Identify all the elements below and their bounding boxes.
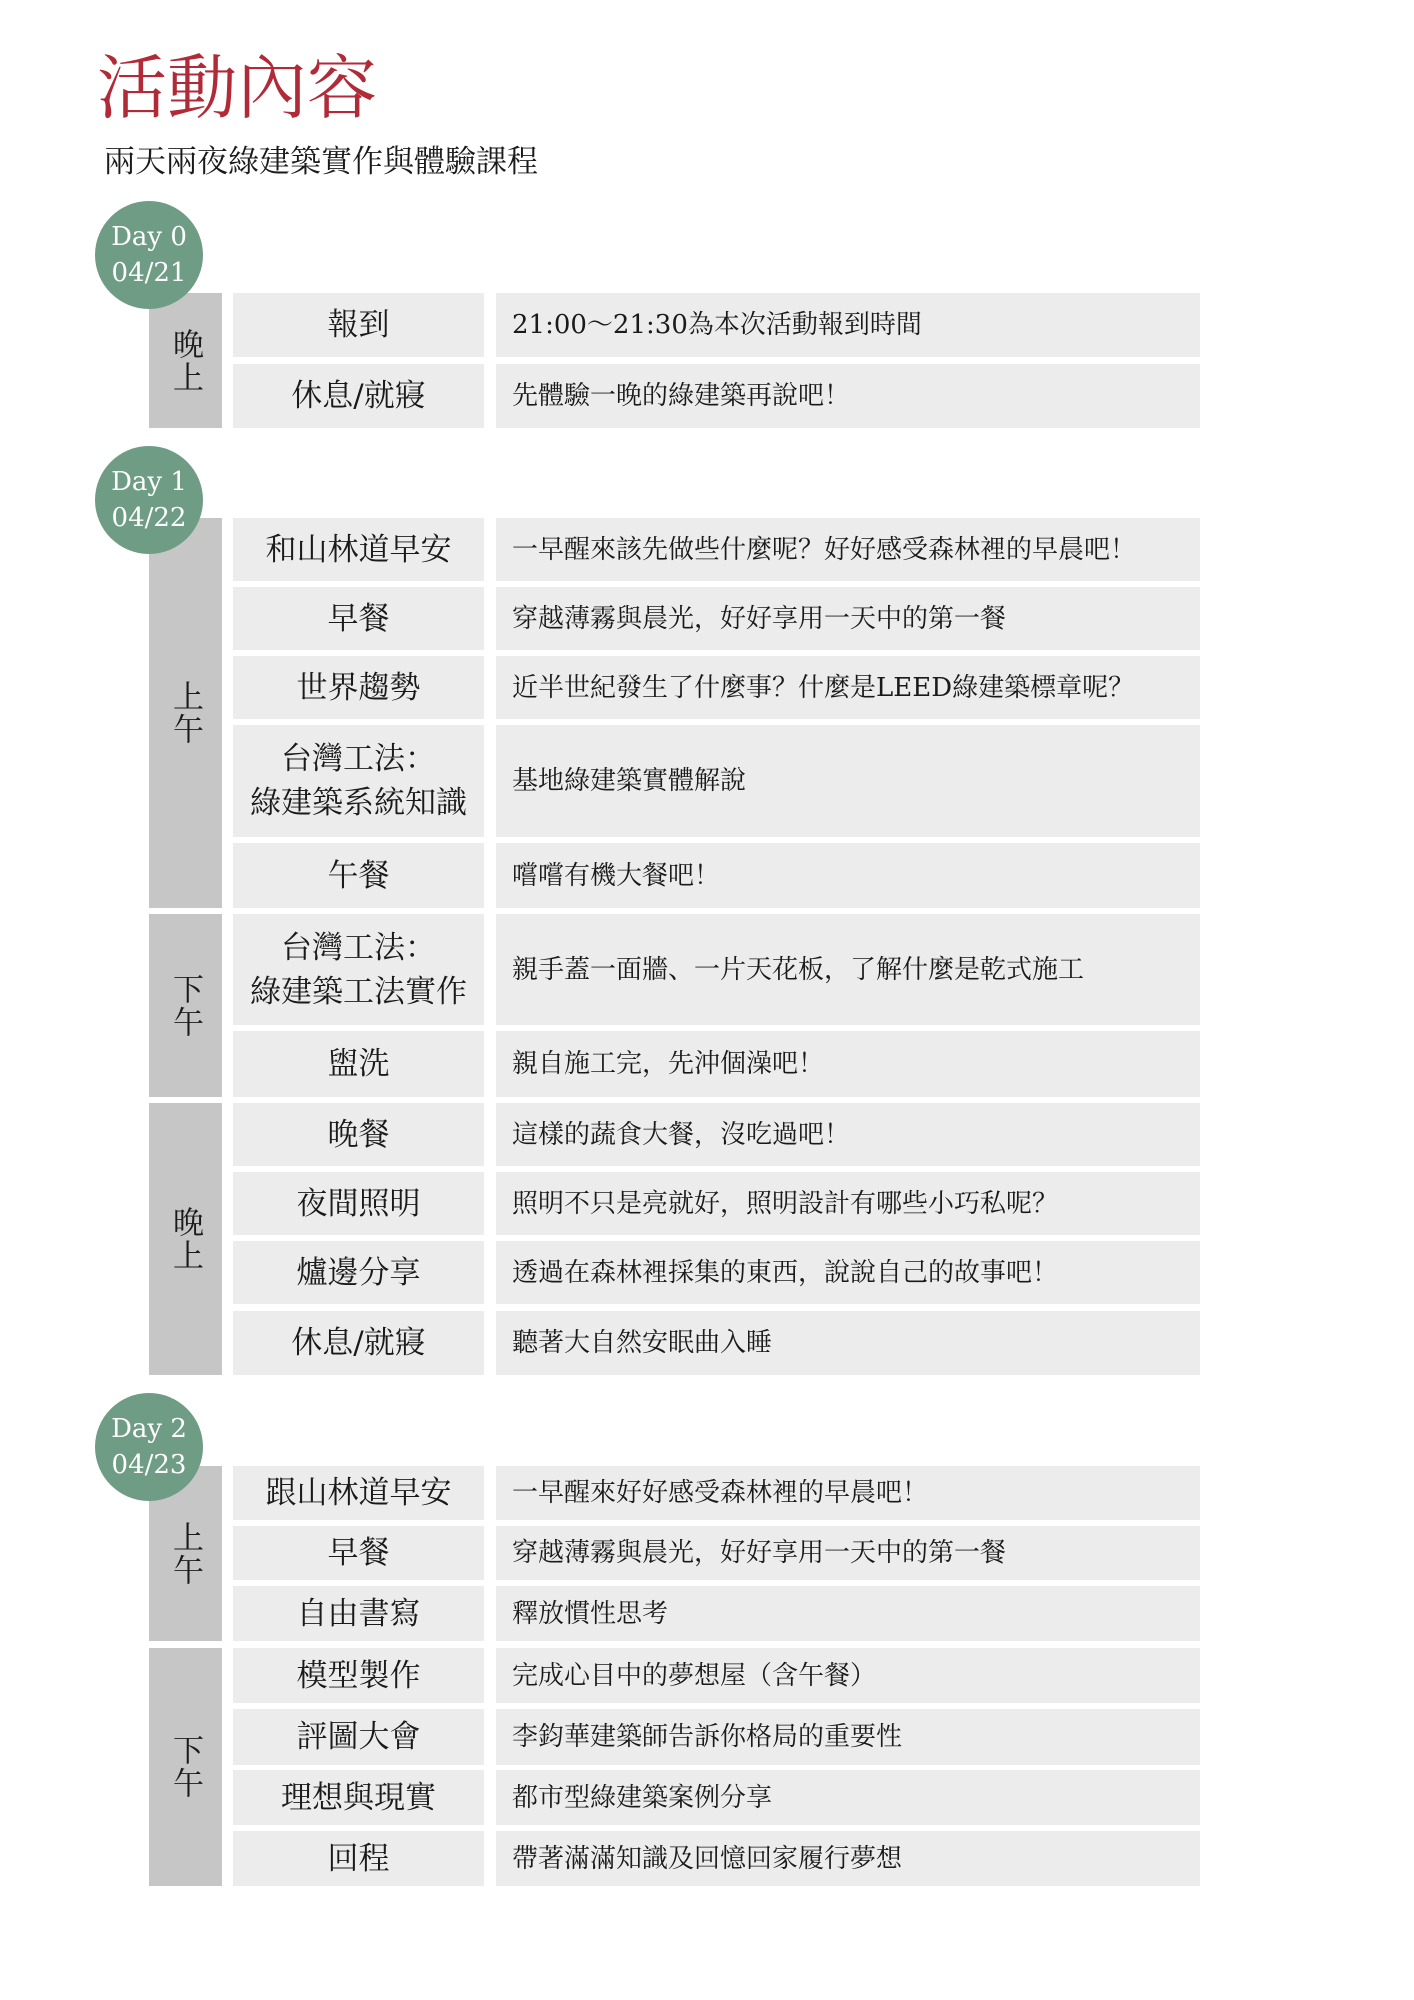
schedule-row: 夜間照明 照明不只是亮就好，照明設計有哪些小巧私呢？ (233, 1172, 1200, 1235)
activity-cell: 報到 (233, 293, 484, 357)
schedule-row: 台灣工法： 綠建築系統知識 基地綠建築實體解說 (233, 725, 1200, 837)
description-cell: 親手蓋一面牆、一片天花板，了解什麼是乾式施工 (496, 914, 1200, 1025)
schedule-row: 報到 21:00～21:30為本次活動報到時間 (233, 293, 1200, 357)
schedule-row: 午餐 嚐嚐有機大餐吧！ (233, 843, 1200, 908)
activity-cell: 評圖大會 (233, 1709, 484, 1765)
period-label: 下午 (163, 1734, 208, 1800)
day-date: 04/21 (112, 255, 187, 291)
day-label: Day 1 (111, 464, 187, 500)
description-cell: 照明不只是亮就好，照明設計有哪些小巧私呢？ (496, 1172, 1200, 1235)
schedule-row: 早餐 穿越薄霧與晨光，好好享用一天中的第一餐 (233, 587, 1200, 650)
schedule-row: 晚餐 這樣的蔬食大餐，沒吃過吧！ (233, 1103, 1200, 1166)
activity-cell: 世界趨勢 (233, 656, 484, 719)
description-cell: 這樣的蔬食大餐，沒吃過吧！ (496, 1103, 1200, 1166)
period-day2-afternoon: 下午 (149, 1648, 222, 1886)
page-subtitle: 兩天兩夜綠建築實作與體驗課程 (104, 142, 538, 182)
description-cell: 近半世紀發生了什麼事？什麼是LEED綠建築標章呢？ (496, 656, 1200, 719)
activity-cell: 台灣工法： 綠建築工法實作 (233, 914, 484, 1025)
schedule-row: 理想與現實 都市型綠建築案例分享 (233, 1770, 1200, 1825)
period-day1-morning: 上午 (149, 518, 222, 908)
day-date: 04/23 (112, 1447, 187, 1483)
schedule-row: 自由書寫 釋放慣性思考 (233, 1586, 1200, 1641)
description-cell: 先體驗一晚的綠建築再說吧！ (496, 364, 1200, 428)
description-cell: 親自施工完，先沖個澡吧！ (496, 1031, 1200, 1097)
activity-cell: 模型製作 (233, 1648, 484, 1703)
description-cell: 李鈞華建築師告訴你格局的重要性 (496, 1709, 1200, 1765)
schedule-row: 早餐 穿越薄霧與晨光，好好享用一天中的第一餐 (233, 1526, 1200, 1580)
activity-cell: 晚餐 (233, 1103, 484, 1166)
description-cell: 釋放慣性思考 (496, 1586, 1200, 1641)
description-cell: 聽著大自然安眠曲入睡 (496, 1311, 1200, 1375)
day-badge-day1: Day 1 04/22 (95, 446, 203, 554)
schedule-row: 盥洗 親自施工完，先沖個澡吧！ (233, 1031, 1200, 1097)
page-title: 活動內容 (97, 48, 377, 128)
day-label: Day 2 (111, 1411, 187, 1447)
description-cell: 透過在森林裡採集的東西，說說自己的故事吧！ (496, 1241, 1200, 1304)
description-cell: 帶著滿滿知識及回憶回家履行夢想 (496, 1831, 1200, 1886)
schedule-row: 模型製作 完成心目中的夢想屋（含午餐） (233, 1648, 1200, 1703)
schedule-row: 評圖大會 李鈞華建築師告訴你格局的重要性 (233, 1709, 1200, 1765)
activity-cell: 跟山林道早安 (233, 1466, 484, 1520)
schedule-row: 和山林道早安 一早醒來該先做些什麼呢？好好感受森林裡的早晨吧！ (233, 518, 1200, 581)
description-cell: 都市型綠建築案例分享 (496, 1770, 1200, 1825)
schedule-row: 跟山林道早安 一早醒來好好感受森林裡的早晨吧！ (233, 1466, 1200, 1520)
activity-cell: 回程 (233, 1831, 484, 1886)
description-cell: 穿越薄霧與晨光，好好享用一天中的第一餐 (496, 1526, 1200, 1580)
day-date: 04/22 (112, 500, 187, 536)
activity-cell: 早餐 (233, 587, 484, 650)
description-cell: 嚐嚐有機大餐吧！ (496, 843, 1200, 908)
period-day0-evening: 晚上 (149, 293, 222, 428)
schedule-row: 爐邊分享 透過在森林裡採集的東西，說說自己的故事吧！ (233, 1241, 1200, 1304)
activity-cell: 理想與現實 (233, 1770, 484, 1825)
description-cell: 21:00～21:30為本次活動報到時間 (496, 293, 1200, 357)
description-cell: 穿越薄霧與晨光，好好享用一天中的第一餐 (496, 587, 1200, 650)
description-cell: 一早醒來好好感受森林裡的早晨吧！ (496, 1466, 1200, 1520)
activity-cell: 和山林道早安 (233, 518, 484, 581)
day-badge-day0: Day 0 04/21 (95, 201, 203, 309)
activity-cell: 休息/就寢 (233, 364, 484, 428)
activity-cell: 台灣工法： 綠建築系統知識 (233, 725, 484, 837)
period-label: 上午 (163, 680, 208, 746)
activity-cell: 早餐 (233, 1526, 484, 1580)
description-cell: 基地綠建築實體解說 (496, 725, 1200, 837)
description-cell: 一早醒來該先做些什麼呢？好好感受森林裡的早晨吧！ (496, 518, 1200, 581)
activity-cell: 夜間照明 (233, 1172, 484, 1235)
schedule-row: 台灣工法： 綠建築工法實作 親手蓋一面牆、一片天花板，了解什麼是乾式施工 (233, 914, 1200, 1025)
description-cell: 完成心目中的夢想屋（含午餐） (496, 1648, 1200, 1703)
activity-cell: 自由書寫 (233, 1586, 484, 1641)
period-label: 下午 (163, 973, 208, 1039)
schedule-row: 世界趨勢 近半世紀發生了什麼事？什麼是LEED綠建築標章呢？ (233, 656, 1200, 719)
period-label: 晚上 (163, 1206, 208, 1272)
schedule-row: 休息/就寢 聽著大自然安眠曲入睡 (233, 1311, 1200, 1375)
activity-cell: 午餐 (233, 843, 484, 908)
period-day1-evening: 晚上 (149, 1103, 222, 1375)
day-label: Day 0 (111, 219, 187, 255)
day-badge-day2: Day 2 04/23 (95, 1393, 203, 1501)
period-label: 上午 (163, 1521, 208, 1587)
activity-cell: 盥洗 (233, 1031, 484, 1097)
activity-cell: 休息/就寢 (233, 1311, 484, 1375)
schedule-row: 休息/就寢 先體驗一晚的綠建築再說吧！ (233, 364, 1200, 428)
activity-cell: 爐邊分享 (233, 1241, 484, 1304)
period-label: 晚上 (163, 328, 208, 394)
period-day1-afternoon: 下午 (149, 914, 222, 1097)
schedule-row: 回程 帶著滿滿知識及回憶回家履行夢想 (233, 1831, 1200, 1886)
